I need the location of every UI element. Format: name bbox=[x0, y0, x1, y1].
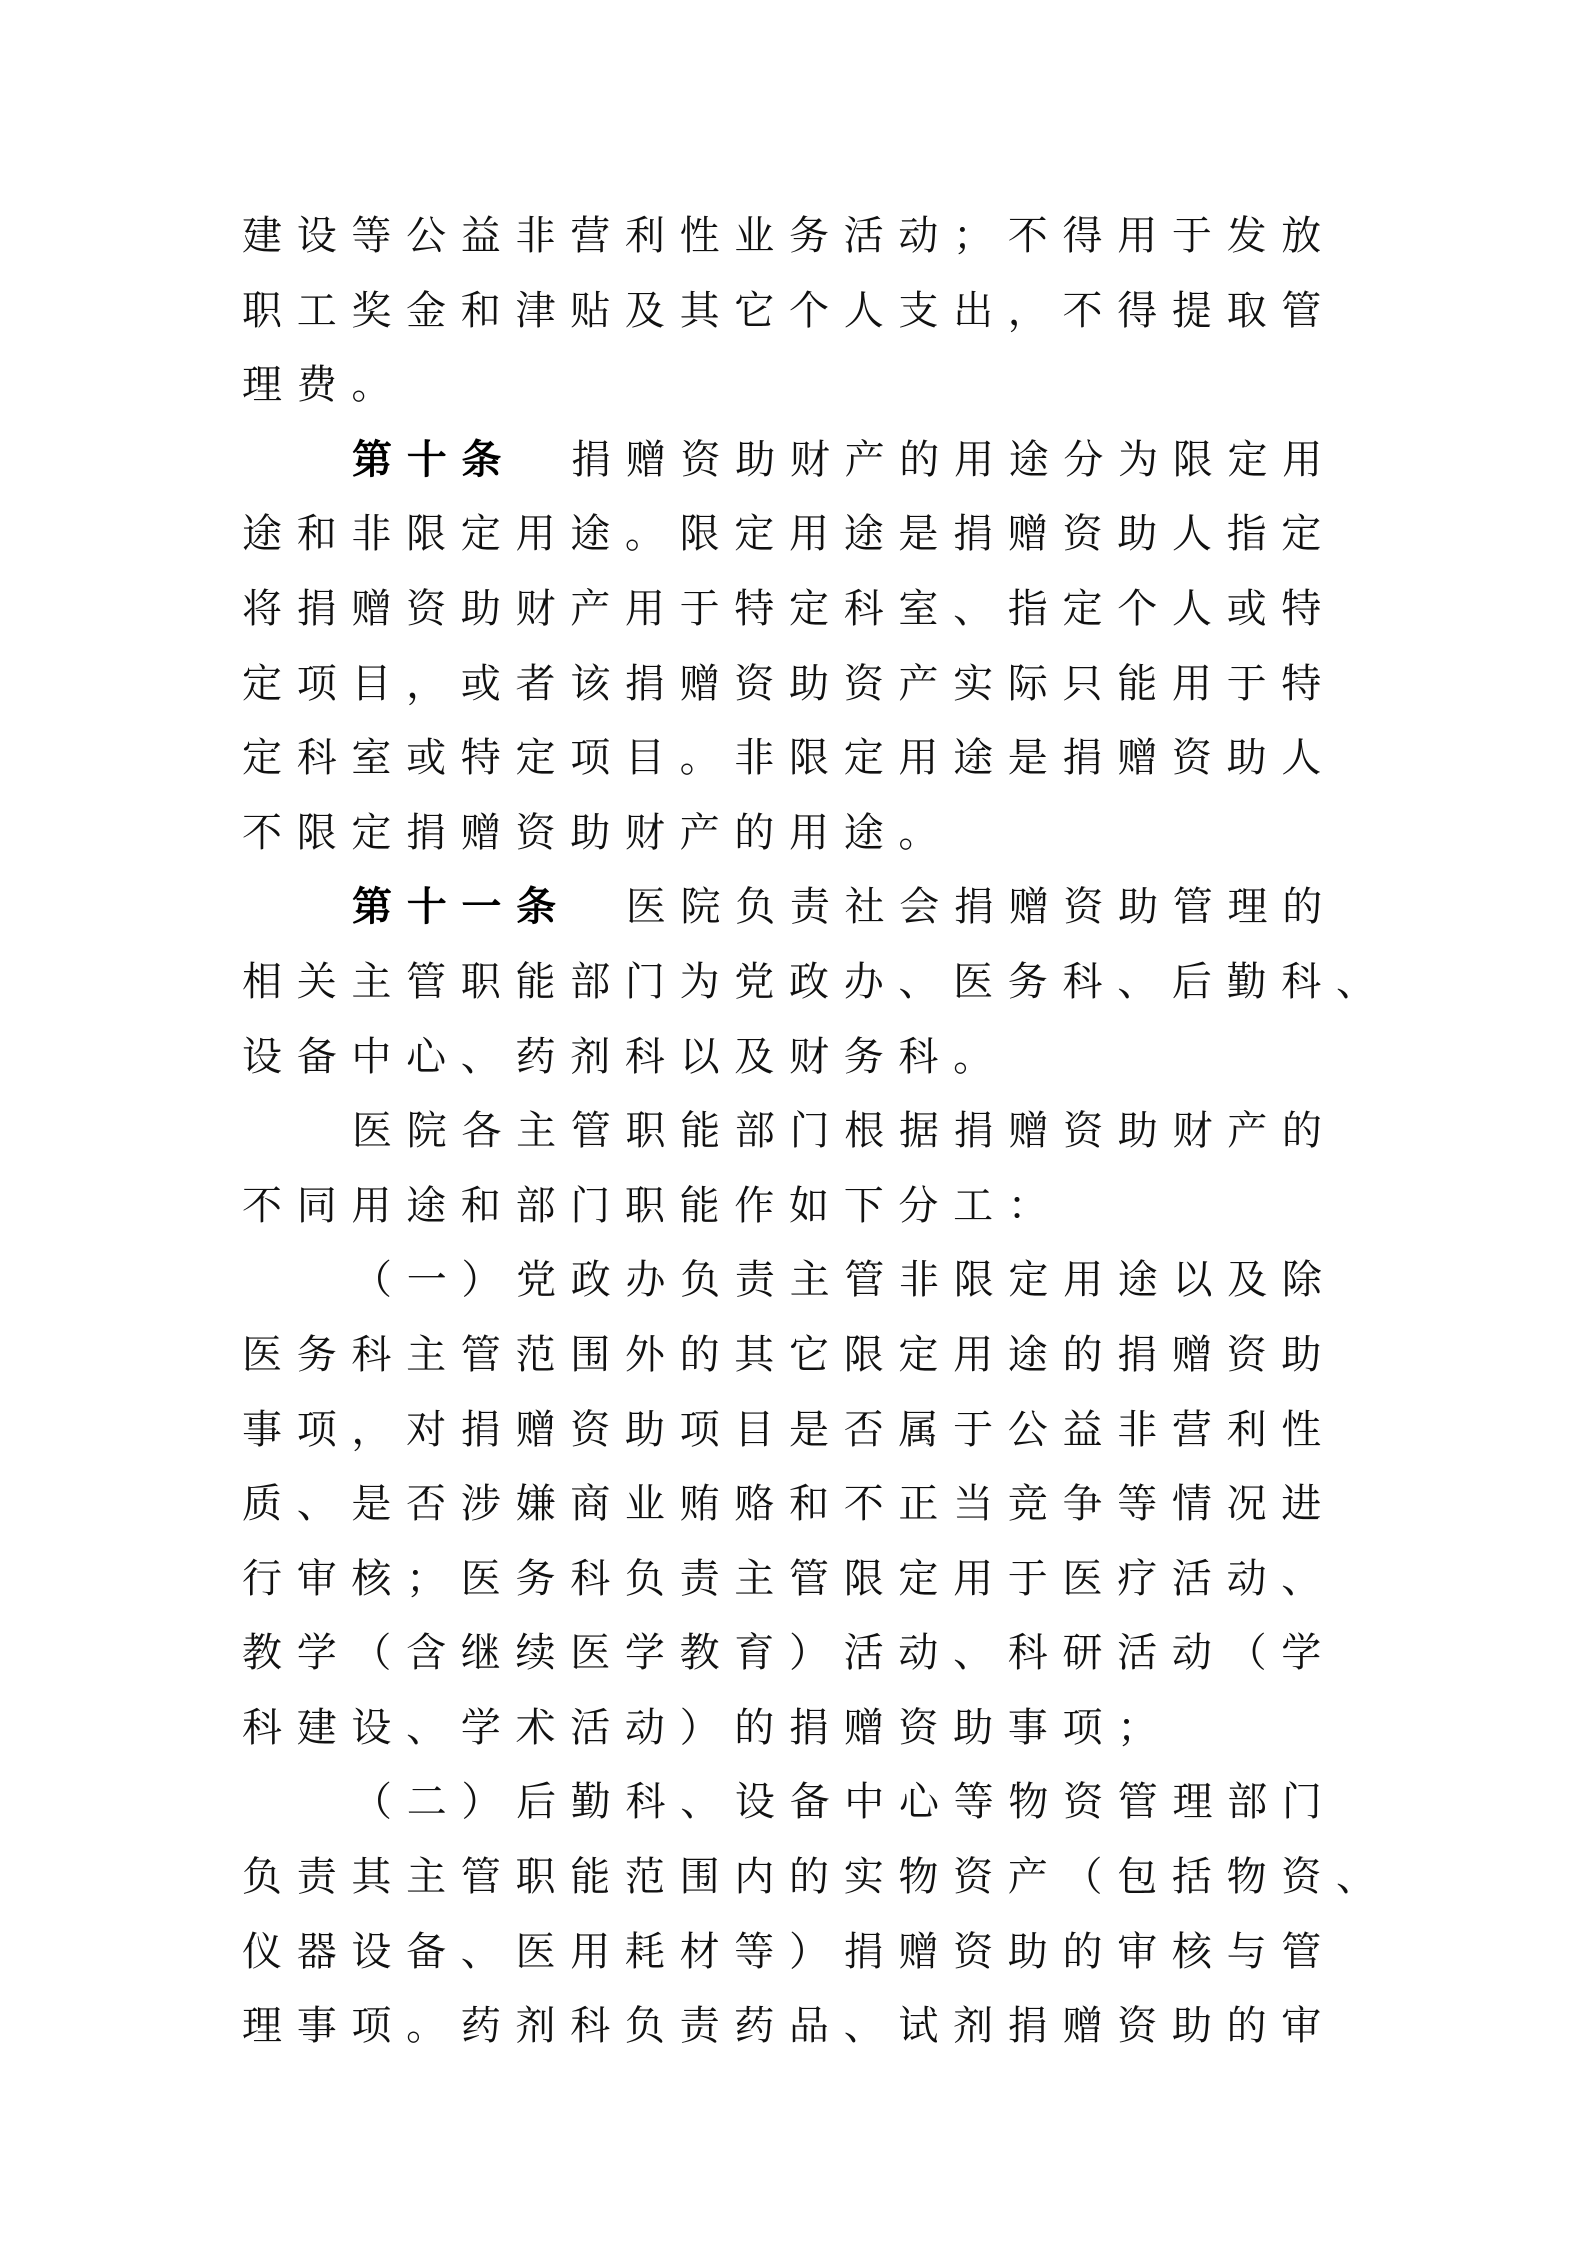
text-line: 理事项。药剂科负责药品、试剂捐赠资助的审 bbox=[242, 1989, 1352, 2064]
text-line: 教学（含继续医学教育）活动、科研活动（学 bbox=[242, 1616, 1352, 1691]
text-line: 职工奖金和津贴及其它个人支出，不得提取管 bbox=[242, 274, 1352, 349]
text-line: 建设等公益非营利性业务活动；不得用于发放 bbox=[242, 199, 1352, 274]
text-line: 将捐赠资助财产用于特定科室、指定个人或特 bbox=[242, 572, 1352, 647]
list-item-2-first-line: （二）后勤科、设备中心等物资管理部门 bbox=[242, 1765, 1352, 1840]
text-line: 设备中心、药剂科以及财务科。 bbox=[242, 1020, 1352, 1095]
text-line: 事项，对捐赠资助项目是否属于公益非营利性 bbox=[242, 1393, 1352, 1468]
text-run: 医院负责社会捐赠资助管理的 bbox=[626, 884, 1337, 930]
text-line: 不同用途和部门职能作如下分工： bbox=[242, 1169, 1352, 1244]
text-line: 定科室或特定项目。非限定用途是捐赠资助人 bbox=[242, 721, 1352, 796]
text-line: 途和非限定用途。限定用途是捐赠资助人指定 bbox=[242, 497, 1352, 572]
article-heading: 第十条 bbox=[352, 436, 516, 483]
text-line: 定项目，或者该捐赠资助资产实际只能用于特 bbox=[242, 647, 1352, 722]
text-line: 仪器设备、医用耗材等）捐赠资助的审核与管 bbox=[242, 1915, 1352, 1990]
text-line: 质、是否涉嫌商业贿赂和不正当竞争等情况进 bbox=[242, 1467, 1352, 1542]
article-heading: 第十一条 bbox=[352, 883, 571, 930]
text-line: 科建设、学术活动）的捐赠资助事项； bbox=[242, 1691, 1352, 1766]
article-10-first-line: 第十条捐赠资助财产的用途分为限定用 bbox=[242, 423, 1352, 498]
text-run: 捐赠资助财产的用途分为限定用 bbox=[571, 437, 1337, 483]
text-line: 不限定捐赠资助财产的用途。 bbox=[242, 796, 1352, 871]
text-line: 医务科主管范围外的其它限定用途的捐赠资助 bbox=[242, 1318, 1352, 1393]
text-line: 相关主管职能部门为党政办、医务科、后勤科、 bbox=[242, 945, 1352, 1020]
text-line: 负责其主管职能范围内的实物资产（包括物资、 bbox=[242, 1840, 1352, 1915]
paragraph-first-line: 医院各主管职能部门根据捐赠资助财产的 bbox=[242, 1094, 1352, 1169]
article-11-first-line: 第十一条医院负责社会捐赠资助管理的 bbox=[242, 870, 1352, 945]
text-line: 行审核；医务科负责主管限定用于医疗活动、 bbox=[242, 1542, 1352, 1617]
list-item-1-first-line: （一）党政办负责主管非限定用途以及除 bbox=[242, 1243, 1352, 1318]
document-page: 建设等公益非营利性业务活动；不得用于发放 职工奖金和津贴及其它个人支出，不得提取… bbox=[242, 199, 1352, 2064]
text-line: 理费。 bbox=[242, 348, 1352, 423]
